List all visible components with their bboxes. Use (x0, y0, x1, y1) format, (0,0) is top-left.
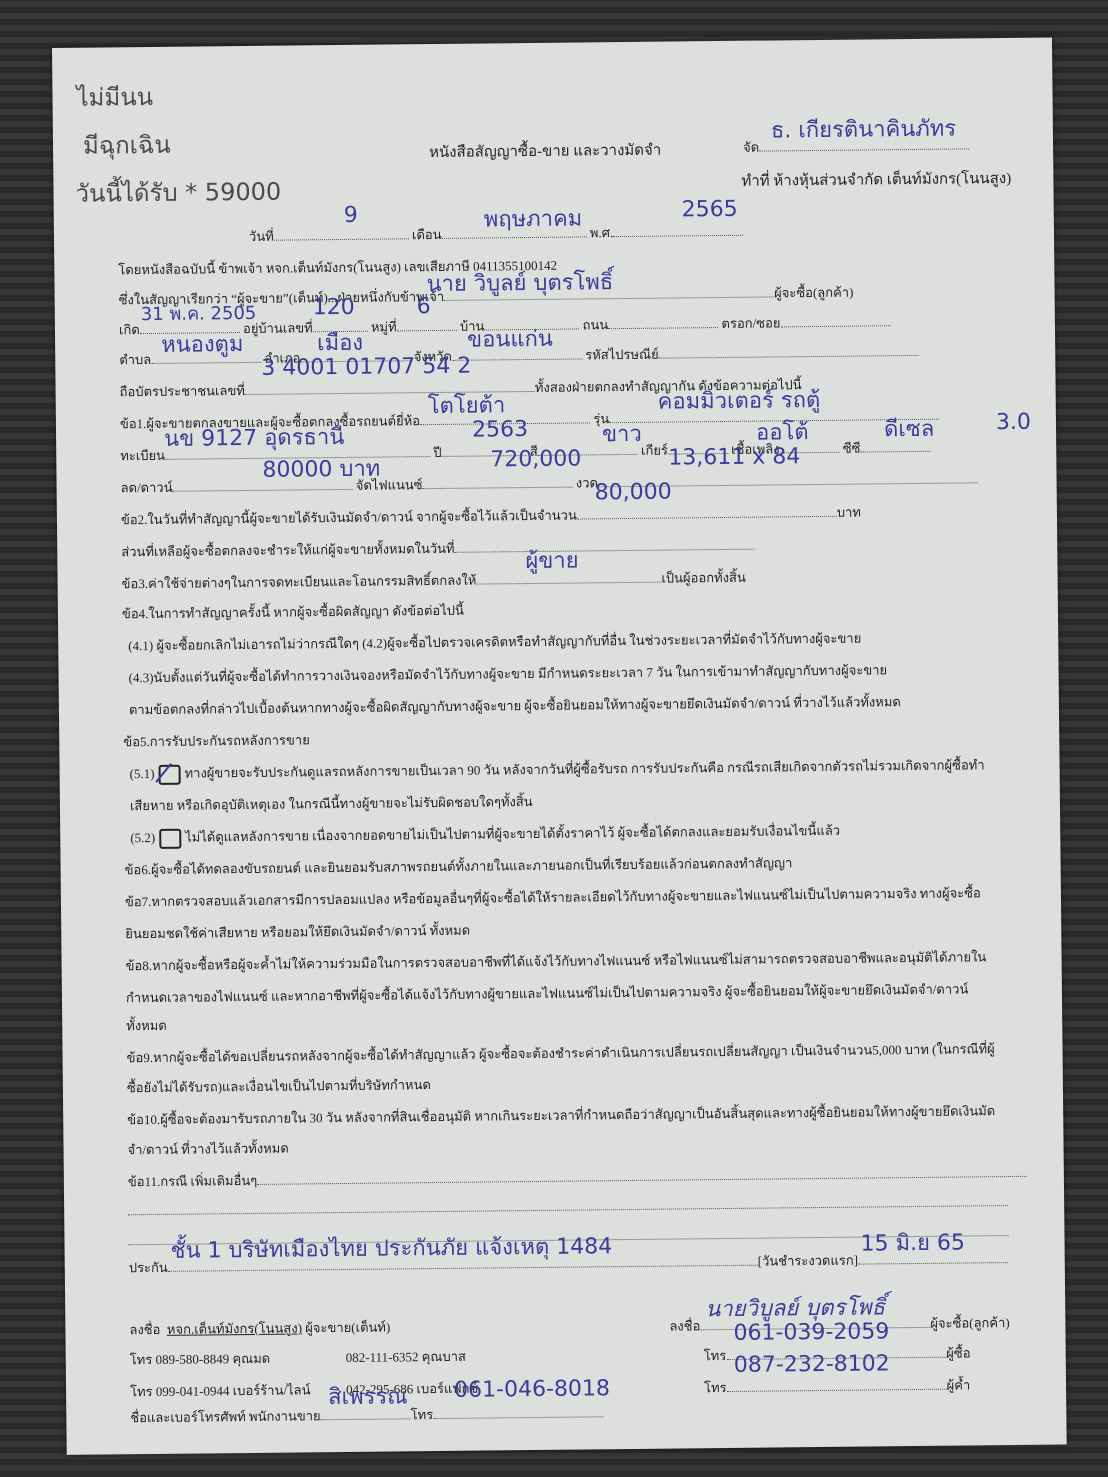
clause-8a: ข้อ8.หากผู้จะซื้อหรือผู้จะค้ำไม่ให้ความร… (126, 946, 987, 976)
made-at: ทำที่ ห้างหุ้นส่วนจำกัด เต็นท์มังกร(โนนส… (741, 166, 1011, 193)
arranged-by-label: จัด (743, 140, 759, 155)
date-year[interactable]: 2565 (682, 197, 738, 223)
arranged-by-value[interactable]: ธ. เกียรตินาคินภัทร (771, 111, 957, 148)
no-warranty-checkbox[interactable] (159, 829, 181, 849)
clause-6: ข้อ6.ผู้จะซื้อได้ทดลองขับรถยนต์ และยินยอ… (124, 852, 792, 880)
vehicle-year[interactable]: 2563 (472, 417, 528, 443)
clause-5-1: (5.1)ทางผู้ขายจะรับประกันดูแลรถหลังการขา… (129, 754, 984, 785)
clause-4-1: (4.1) ผู้จะซื้อยกเลิกไม่เอารถไม่ว่ากรณีใ… (128, 628, 861, 657)
insurance-value[interactable]: ชั้น 1 บริษัทเมืองไทย ประกันภัย แจ้งเหตุ… (170, 1228, 612, 1268)
deposit-amount[interactable]: 80,000 (595, 480, 672, 506)
seller-tel-1: โทร 089-580-8849 คุณมด (130, 1348, 271, 1370)
vehicle-fuel[interactable]: ดีเซล (884, 411, 935, 447)
transfer-cost-payer[interactable]: ผู้ขาย (525, 543, 579, 579)
margin-note-line1: ไม่มีนน (76, 77, 153, 117)
seller-tel-3: โทร 099-041-0944 เบอร์ร้าน/ไลน์ (130, 1379, 311, 1402)
buyer-tel[interactable]: 061-039-2059 (733, 1319, 889, 1346)
clause-5-1b: เสียหาย หรือเกิดอุบัติเหตุเอง ในกรณีนี้ท… (130, 791, 533, 816)
clause-9b: ซื้อยังไม่ได้รับรถ)และเงื่อนไขเป็นไปตามท… (127, 1074, 431, 1098)
subdistrict[interactable]: หนองตูม (161, 326, 244, 362)
clause-4: ข้อ4.ในการทำสัญญาครั้งนี้ หากผู้จะซื้อผิ… (122, 600, 464, 625)
clause-7a: ข้อ7.หากตรวจสอบแล้วเอกสารมีการปลอมแปลง ห… (125, 882, 981, 912)
clause-8c: ทั้งหมด (126, 1015, 167, 1036)
province[interactable]: ขอนแก่น (467, 321, 553, 357)
id-number[interactable]: 3 4001 01707 54 2 (261, 354, 471, 381)
seller-sign-line: ลงชื่อ หจก.เต็นท์มังกร(โนนสูง) ผู้จะขาย(… (129, 1317, 390, 1341)
date-day[interactable]: 9 (344, 203, 358, 228)
seller-tel-2: 082-111-6352 คุณบาส (346, 1346, 466, 1368)
price-line: ลด/ดาวน์ จัดไฟแนนซ์ งวด (120, 468, 978, 498)
buyer-name[interactable]: นาย วิบูลย์ บุตรโพธิ์ (426, 264, 613, 301)
date-month[interactable]: พฤษภาคม (484, 200, 583, 236)
staff-tel[interactable]: 061-046-8018 (454, 1376, 610, 1403)
clause-10b: จำ/ดาวน์ ที่วางไว้แล้วทั้งหมด (127, 1138, 288, 1161)
installment[interactable]: 13,611 x 84 (668, 444, 800, 470)
clause-7b: ยินยอมชดใช้ค่าเสียหาย หรือยอมให้ยึดเงินม… (125, 920, 470, 945)
vehicle-model[interactable]: คอมมิวเตอร์ รถตู้ (658, 382, 821, 419)
born-date[interactable]: 31 พ.ค. 2505 (141, 298, 257, 328)
finance-amount[interactable]: 720,000 (490, 446, 581, 472)
clause-8b: กำหนดเวลาของไฟแนนซ์ และหากอาชีพที่ผู้จะซ… (126, 978, 969, 1008)
clause-5: ข้อ5.การรับประกันรถหลังการขาย (123, 729, 310, 752)
guarantor-tel[interactable]: 087-232-8102 (734, 1351, 890, 1378)
clause-11-extra-line[interactable] (128, 1194, 1008, 1219)
document-title: หนังสือสัญญาซื้อ-ขาย และวางมัดจำ (429, 138, 661, 164)
moo[interactable]: 6 (417, 294, 431, 319)
house-no[interactable]: 120 (313, 295, 355, 320)
clause-9a: ข้อ9.หากผู้จะซื้อได้ขอเปลี่ยนรถหลังจากผู… (126, 1038, 994, 1068)
clause-3: ข้อ3.ค่าใช้จ่ายต่างๆในการจดทะเบียนและโอน… (122, 567, 746, 595)
first-payment-date[interactable]: 15 มิ.ย 65 (860, 1225, 965, 1261)
guarantor-tel-line: โทรผู้ค้ำ (704, 1374, 970, 1398)
clause-4-3a: (4.3)นับตั้งแต่วันที่ผู้จะซื้อได้ทำการวา… (128, 659, 887, 688)
clause-5-2: (5.2)ไม่ได้ดูแลหลังการขาย เนื่องจากยอดขา… (130, 820, 840, 849)
vehicle-color[interactable]: ขาว (602, 416, 642, 451)
clause-2: ข้อ2.ในวันที่ทำสัญญานี้ผู้จะขายได้รับเงิ… (121, 502, 861, 531)
clause-2b: ส่วนที่เหลือผู้จะซื้อตกลงจะชำระให้แก่ผู้… (121, 535, 755, 563)
down-payment[interactable]: 80000 บาท (262, 451, 380, 487)
warranty-90-days-checkbox[interactable] (158, 765, 180, 785)
clause-11: ข้อ11.กรณี เพิ่มเติมอื่นๆ (128, 1162, 1028, 1192)
staff-name[interactable]: สิเพรรณ (328, 1378, 408, 1414)
contract-paper: ไม่มีนน มีฉุกเฉิน วันนี้ได้รับ * 59000 ห… (52, 38, 1067, 1455)
margin-note-line2: มีฉุกเฉิน (83, 125, 171, 165)
vehicle-cc[interactable]: 3.0 (996, 410, 1031, 435)
clause-4-3b: ตามข้อตกลงที่กล่าวไปเบื้องต้นหากทางผู้จะ… (129, 691, 901, 720)
margin-note-line3: วันนี้ได้รับ * 59000 (75, 172, 281, 213)
clause-10a: ข้อ10.ผู้ซื้อจะต้องมารับรถภายใน 30 วัน ห… (127, 1100, 995, 1130)
